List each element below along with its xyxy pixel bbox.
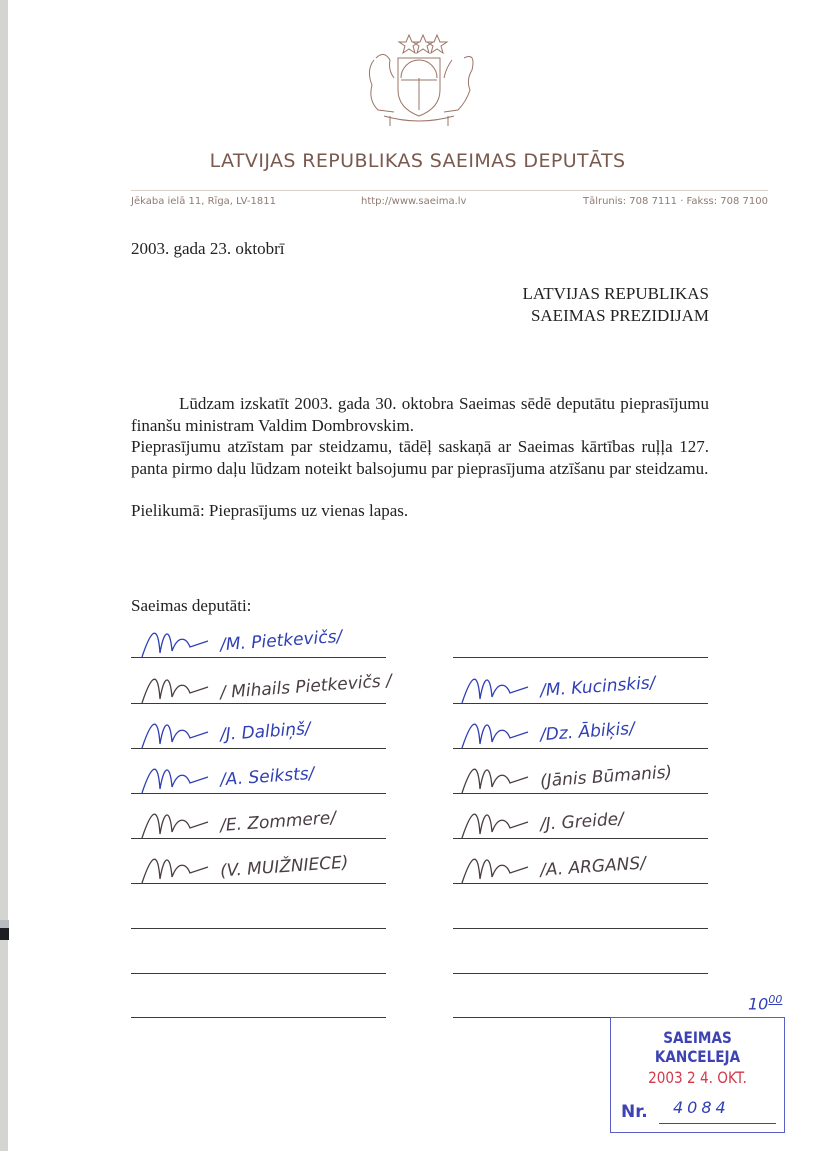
signature-line xyxy=(453,928,708,929)
handwritten-signature: /M. Pietkevičs/ xyxy=(219,627,342,655)
body-paragraph: Lūdzam izskatīt 2003. gada 30. oktobra S… xyxy=(131,393,709,436)
stamp-number-value: 4084 xyxy=(673,1098,730,1117)
signature-scribble-icon xyxy=(140,759,210,799)
signature-scribble-icon xyxy=(460,714,530,754)
handwritten-signature: /A. Seiksts/ xyxy=(219,764,315,791)
signature-line xyxy=(453,657,708,658)
letterhead-address: Jēkaba ielā 11, Rīga, LV-1811 xyxy=(131,196,276,207)
letterhead-phone-fax: Tālrunis: 708 7111 · Fakss: 708 7100 xyxy=(583,196,768,207)
handwritten-signature: /M. Kucinskis/ xyxy=(539,673,656,701)
signature-scribble-icon xyxy=(140,714,210,754)
letterhead-divider xyxy=(131,190,768,191)
stamp-number-line xyxy=(659,1123,776,1124)
letter-body: Lūdzam izskatīt 2003. gada 30. oktobra S… xyxy=(131,393,709,522)
handwritten-signature: /Dz. Ābiķis/ xyxy=(539,719,635,746)
handwritten-signature: / Mihails Pietkevičs / xyxy=(220,671,393,703)
addressee: LATVIJAS REPUBLIKAS SAEIMAS PREZIDIJAM xyxy=(522,283,709,327)
coat-of-arms-icon xyxy=(354,30,484,130)
scan-artifact xyxy=(0,928,9,940)
signature-scribble-icon xyxy=(140,623,210,663)
signature-line xyxy=(131,973,386,974)
signature-scribble-icon xyxy=(460,804,530,844)
letter-date: 2003. gada 23. oktobrī xyxy=(131,239,284,259)
stamp-date: 2003 2 4. OKT. xyxy=(624,1068,771,1087)
handwritten-signature: /A. ARGANS/ xyxy=(539,853,646,880)
handwritten-signature: (Jānis Būmanis) xyxy=(539,762,672,791)
stamp-title: SAEIMAS KANCELEJA xyxy=(624,1028,771,1066)
stamp-number-label: Nr. xyxy=(621,1102,648,1122)
signature-scribble-icon xyxy=(460,669,530,709)
letterhead-title: LATVIJAS REPUBLIKAS SAEIMAS DEPUTĀTS xyxy=(0,150,835,172)
signature-scribble-icon xyxy=(140,669,210,709)
signature-scribble-icon xyxy=(140,804,210,844)
registry-stamp: SAEIMAS KANCELEJA 2003 2 4. OKT. Nr. 408… xyxy=(610,1017,785,1133)
handwritten-signature: /J. Greide/ xyxy=(539,809,624,835)
signatures-heading: Saeimas deputāti: xyxy=(131,596,251,616)
handwritten-signature: /E. Zommere/ xyxy=(219,808,336,836)
signature-scribble-icon xyxy=(460,849,530,889)
received-time: 1000 xyxy=(748,993,782,1013)
signature-line xyxy=(131,1017,386,1018)
signature-line xyxy=(453,973,708,974)
signature-line xyxy=(131,928,386,929)
letterhead-website[interactable]: http://www.saeima.lv xyxy=(361,196,466,207)
signature-scribble-icon xyxy=(140,849,210,889)
handwritten-signature: /J. Dalbiņš/ xyxy=(219,719,311,745)
handwritten-signature: (V. MUIŽNIECE) xyxy=(219,853,349,882)
addressee-line: SAEIMAS PREZIDIJAM xyxy=(522,305,709,327)
signature-scribble-icon xyxy=(460,759,530,799)
attachment-note: Pielikumā: Pieprasījums uz vienas lapas. xyxy=(131,500,709,522)
scan-edge xyxy=(0,0,8,1151)
body-paragraph: Pieprasījumu atzīstam par steidzamu, tād… xyxy=(131,436,709,479)
addressee-line: LATVIJAS REPUBLIKAS xyxy=(522,283,709,305)
scan-artifact xyxy=(0,920,9,928)
